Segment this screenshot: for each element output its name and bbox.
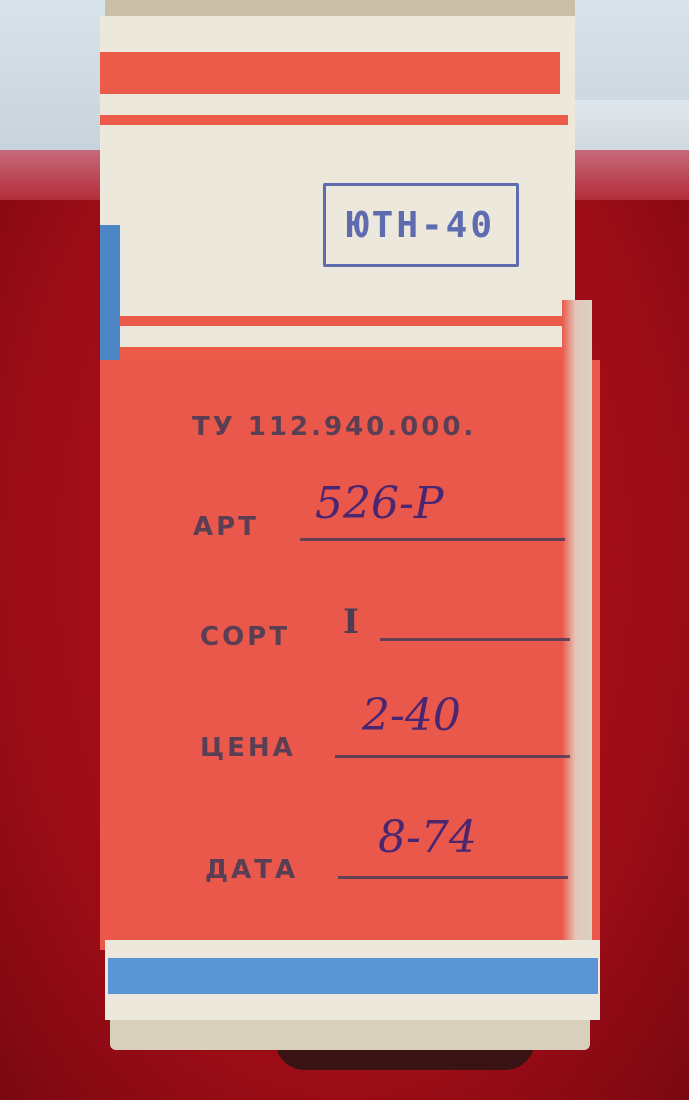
- red-stripe: [100, 115, 568, 125]
- field-line: [300, 538, 565, 541]
- field-value-sort: I: [343, 602, 359, 642]
- red-stripe: [100, 52, 560, 94]
- torn-paper-edge: [562, 300, 592, 960]
- label-red-panel: [100, 360, 600, 950]
- field-label-art: АРТ: [193, 512, 259, 542]
- ink-stamp: ЮТН-40: [323, 183, 519, 267]
- field-label-date: ДАТА: [205, 855, 298, 885]
- field-label-sort: СОРТ: [200, 622, 290, 652]
- spec-number: ТУ 112.940.000.: [192, 412, 476, 442]
- field-value-art: 526-Р: [315, 478, 443, 529]
- cardboard-box: ЮТН-40 ТУ 112.940.000. АРТ 526-Р СОРТ I …: [100, 0, 600, 1060]
- field-line: [380, 638, 570, 641]
- field-line: [338, 876, 568, 879]
- blue-stripe: [108, 958, 598, 994]
- field-value-price: 2-40: [362, 690, 461, 741]
- field-line: [335, 755, 570, 758]
- red-stripe: [120, 316, 580, 326]
- field-label-price: ЦЕНА: [200, 733, 296, 763]
- field-value-date: 8-74: [378, 812, 477, 863]
- blue-side-tab: [100, 225, 120, 375]
